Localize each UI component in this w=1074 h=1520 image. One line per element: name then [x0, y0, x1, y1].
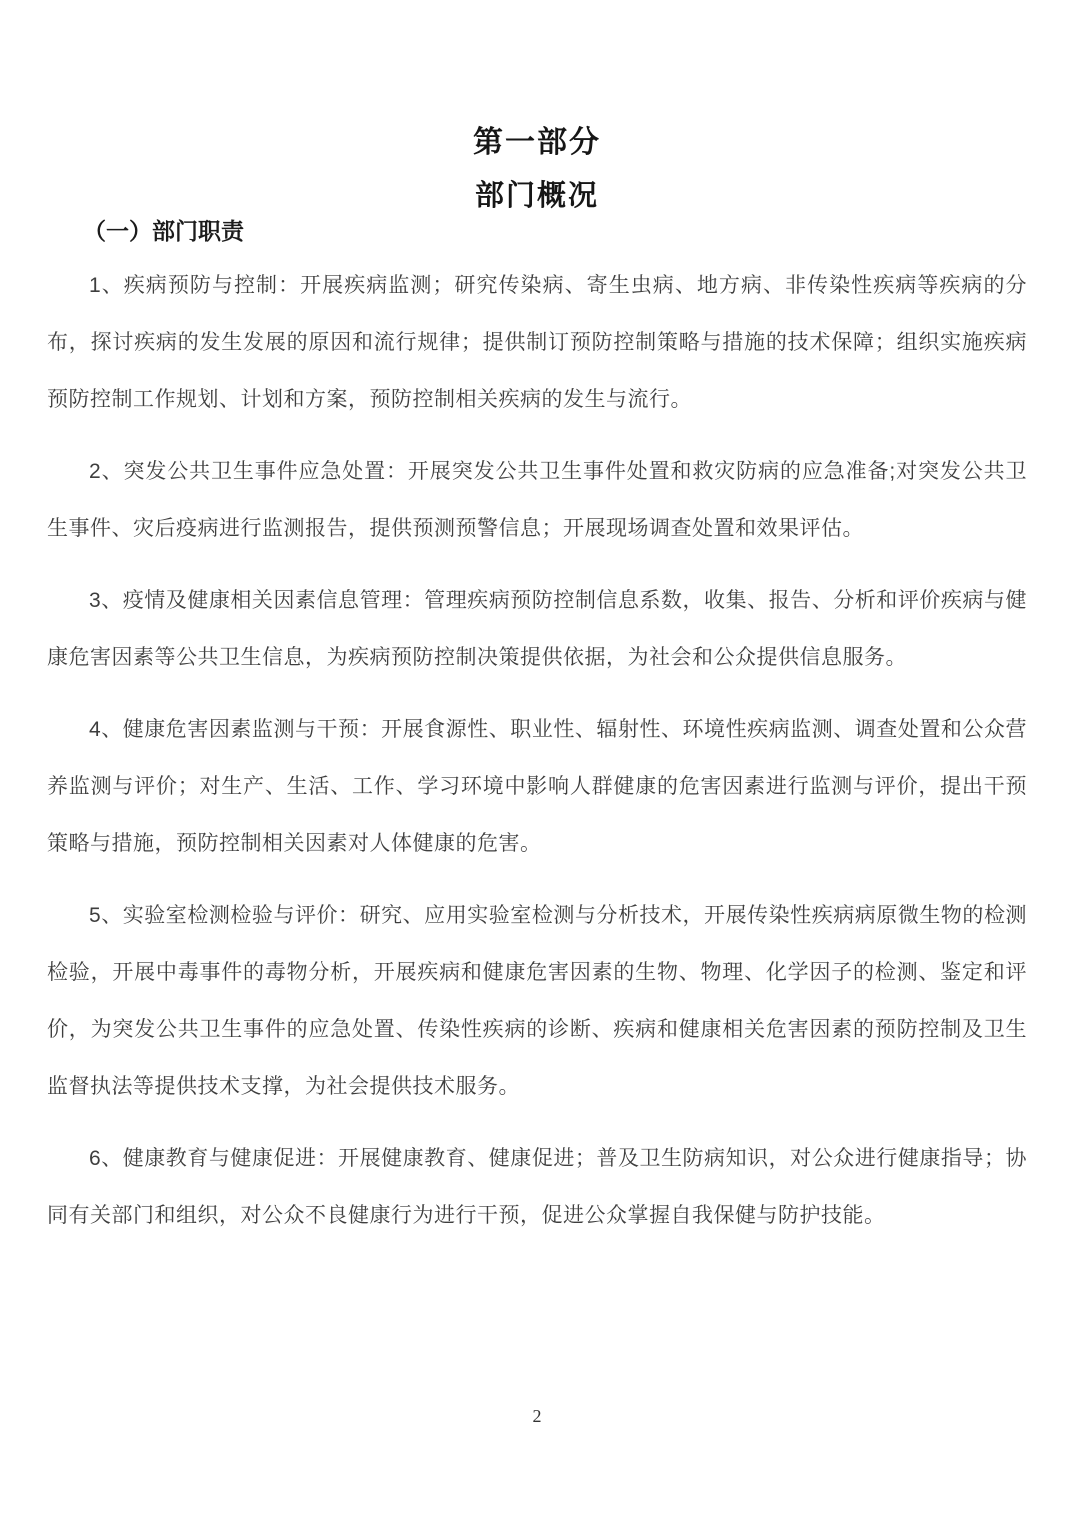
document-title-overview: 部门概况 — [47, 180, 1027, 213]
body-text-block: 1、疾病预防与控制：开展疾病监测；研究传染病、寄生虫病、地方病、非传染性疾病等疾… — [47, 257, 1027, 1244]
document-title-part: 第一部分 — [47, 126, 1027, 160]
paragraph-information-management: 3、疫情及健康相关因素信息管理：管理疾病预防控制信息系数，收集、报告、分析和评价… — [47, 572, 1027, 686]
document-page: 第一部分 部门概况 （一）部门职责 1、疾病预防与控制：开展疾病监测；研究传染病… — [0, 0, 1074, 1520]
paragraph-emergency-response: 2、突发公共卫生事件应急处置：开展突发公共卫生事件处置和救灾防病的应急准备;对突… — [47, 443, 1027, 557]
page-number: 2 — [0, 1406, 1074, 1427]
paragraph-health-education: 6、健康教育与健康促进：开展健康教育、健康促进；普及卫生防病知识，对公众进行健康… — [47, 1130, 1027, 1244]
paragraph-health-hazard-monitoring: 4、健康危害因素监测与干预：开展食源性、职业性、辐射性、环境性疾病监测、调查处置… — [47, 701, 1027, 872]
document-content: 第一部分 部门概况 （一）部门职责 1、疾病预防与控制：开展疾病监测；研究传染病… — [0, 126, 1074, 1244]
paragraph-disease-prevention: 1、疾病预防与控制：开展疾病监测；研究传染病、寄生虫病、地方病、非传染性疾病等疾… — [47, 257, 1027, 428]
section-heading-duties: （一）部门职责 — [83, 218, 1027, 245]
paragraph-laboratory-testing: 5、实验室检测检验与评价：研究、应用实验室检测与分析技术，开展传染性疾病病原微生… — [47, 887, 1027, 1115]
